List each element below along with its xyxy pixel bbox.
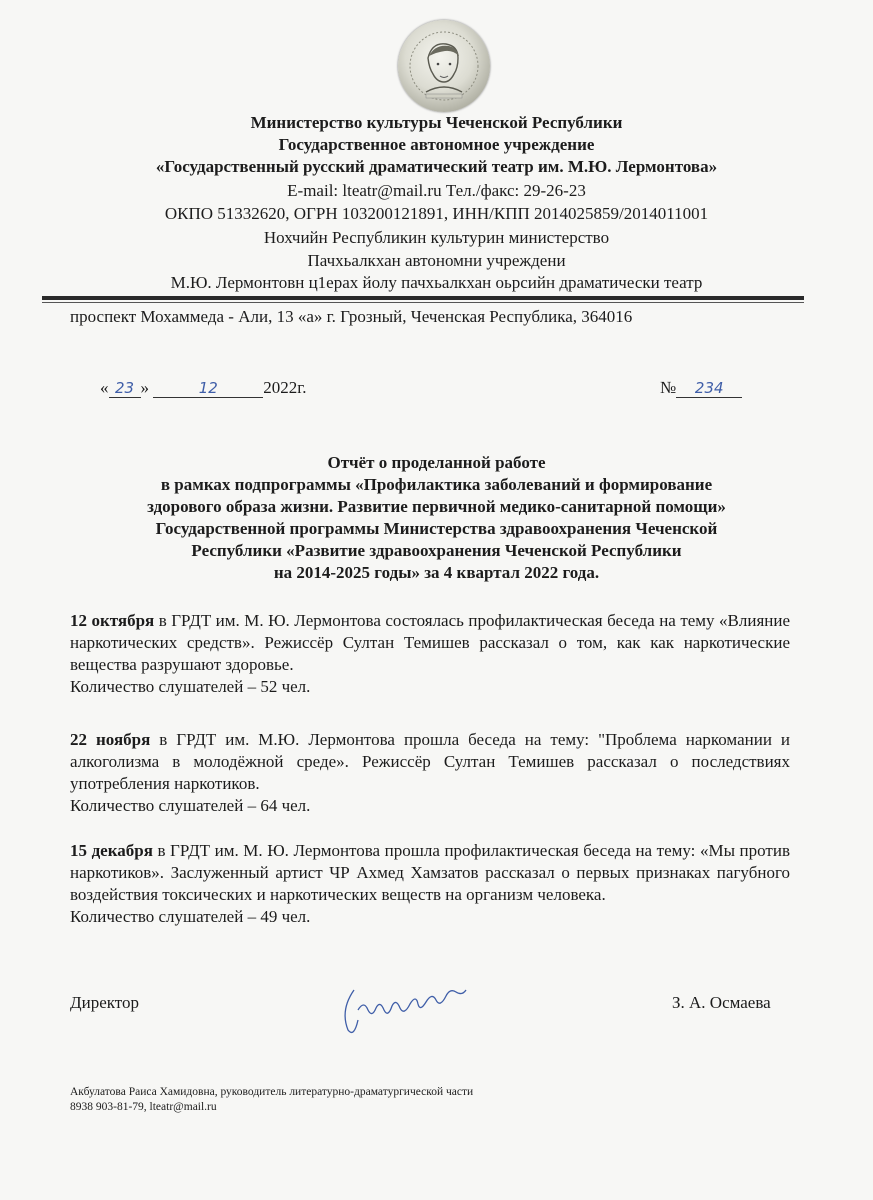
signatory-name: З. А. Осмаева xyxy=(672,993,771,1013)
contact-footer: Акбулатова Раиса Хамидовна, руководитель… xyxy=(70,1085,473,1115)
event-paragraph-october: 12 октября в ГРДТ им. М. Ю. Лермонтова с… xyxy=(70,610,790,698)
title-line: Государственной программы Министерства з… xyxy=(0,518,873,540)
ministry-heading: Министерство культуры Чеченской Республи… xyxy=(0,112,873,134)
close-quote: » xyxy=(141,378,150,397)
institution-type-chechen: Пачхьалкхан автономни учреждени xyxy=(0,250,873,272)
title-line: здорового образа жизни. Развитие первичн… xyxy=(0,496,873,518)
title-line: в рамках подпрограммы «Профилактика забо… xyxy=(0,474,873,496)
registry-codes: ОКПО 51332620, ОГРН 103200121891, ИНН/КП… xyxy=(0,203,873,225)
event-text: в ГРДТ им. М. Ю. Лермонтова прошла профи… xyxy=(70,841,790,904)
letter-page: Министерство культуры Чеченской Республи… xyxy=(0,0,873,1200)
contacts-line: E-mail: lteatr@mail.ru Тел./факс: 29-26-… xyxy=(0,180,873,202)
portrait-icon xyxy=(398,20,490,112)
event-text: в ГРДТ им. М. Ю. Лермонтова состоялась п… xyxy=(70,611,790,674)
event-paragraph-december: 15 декабря в ГРДТ им. М. Ю. Лермонтова п… xyxy=(70,840,790,928)
listener-count: Количество слушателей – 49 чел. xyxy=(70,906,790,928)
institution-type: Государственное автономное учреждение xyxy=(0,134,873,156)
date-year: 2022г. xyxy=(263,378,306,397)
event-paragraph-november: 22 ноября в ГРДТ им. М.Ю. Лермонтова про… xyxy=(70,729,790,817)
document-date: «23» 122022г. xyxy=(100,378,307,398)
theatre-logo-emblem xyxy=(398,20,490,112)
event-date: 15 декабря xyxy=(70,841,153,860)
date-day: 23 xyxy=(109,379,141,398)
number-value: 234 xyxy=(676,379,742,398)
institution-name-chechen: М.Ю. Лермонтовн ц1ерах йолу пачхьалкхан … xyxy=(0,272,873,294)
contact-person: Акбулатова Раиса Хамидовна, руководитель… xyxy=(70,1085,473,1100)
open-quote: « xyxy=(100,378,109,397)
letterhead-divider-thin xyxy=(42,302,804,303)
letterhead-divider-thick xyxy=(42,296,804,300)
event-text: в ГРДТ им. М.Ю. Лермонтова прошла беседа… xyxy=(70,730,790,793)
title-line: Республики «Развитие здравоохранения Чеч… xyxy=(0,540,873,562)
contact-details: 8938 903-81-79, lteatr@mail.ru xyxy=(70,1100,473,1115)
handwritten-signature xyxy=(340,980,510,1045)
document-number: №234 xyxy=(660,378,742,398)
address-line: проспект Мохаммеда - Али, 13 «а» г. Гроз… xyxy=(70,307,632,327)
listener-count: Количество слушателей – 52 чел. xyxy=(70,676,790,698)
number-label: № xyxy=(660,378,676,397)
report-title: Отчёт о проделанной работе в рамках подп… xyxy=(0,452,873,584)
ministry-heading-chechen: Нохчийн Республикин культурин министерст… xyxy=(0,227,873,249)
date-month: 12 xyxy=(153,379,263,398)
institution-name: «Государственный русский драматический т… xyxy=(0,156,873,178)
listener-count: Количество слушателей – 64 чел. xyxy=(70,795,790,817)
signature-icon xyxy=(340,980,510,1040)
event-date: 12 октября xyxy=(70,611,154,630)
signatory-position: Директор xyxy=(70,993,139,1013)
event-date: 22 ноября xyxy=(70,730,150,749)
title-line: на 2014-2025 годы» за 4 квартал 2022 год… xyxy=(0,562,873,584)
title-line: Отчёт о проделанной работе xyxy=(0,452,873,474)
